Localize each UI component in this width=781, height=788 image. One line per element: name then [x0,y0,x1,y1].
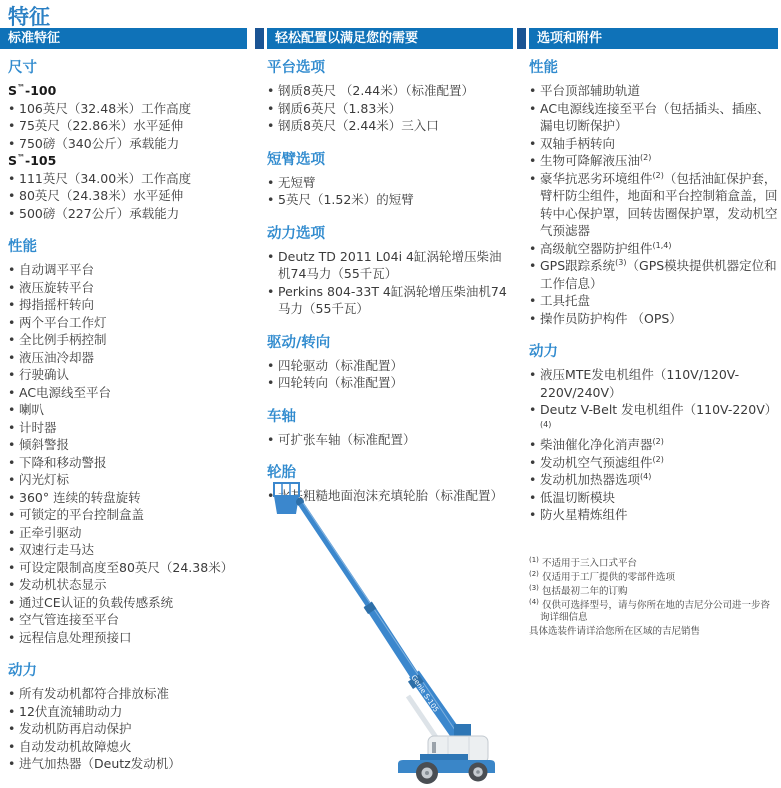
feature-item: •液压MTE发电机组件（110V/120V-220V/240V） [529,366,778,401]
footnote: 具体选装件请详洽您所在区域的吉尼销售 [529,626,778,639]
feature-item: •平台顶部辅助轨道 [529,82,778,100]
feature-item: •进气加热器（Deutz发动机） [8,755,247,773]
item-text: 两个平台工作灯 [19,314,247,332]
item-text: 5英尺（1.52米）的短臂 [278,191,513,209]
bullet-icon: • [8,629,19,647]
column-options-accessories: 性能•平台顶部辅助轨道•AC电源线连接至平台（包括插头、插座、漏电切断保护）•双… [529,51,778,640]
item-text: 液压MTE发电机组件（110V/120V-220V/240V） [540,366,778,401]
spec-sheet-page: 特征 标准特征 轻松配置以满足您的需要 选项和附件 尺寸S™-100•106英尺… [0,0,781,788]
feature-item: •全比例手柄控制 [8,331,247,349]
item-text: Deutz TD 2011 L04i 4缸涡轮增压柴油机74马力（55千瓦） [278,248,513,283]
feature-item: •AC电源线至平台 [8,384,247,402]
bullet-icon: • [8,471,19,489]
feature-item: •两个平台工作灯 [8,314,247,332]
item-text: 360° 连续的转盘旋转 [19,489,247,507]
item-text: 防火星精炼组件 [540,506,778,524]
item-text: 钢质6英尺（1.83米） [278,100,513,118]
feature-item: •防火星精炼组件 [529,506,778,524]
footnote-marker: (1,4) [653,240,672,249]
column-standard-features: 尺寸S™-100•106英尺（32.48米）工作高度•75英尺（22.86米）水… [8,51,247,773]
footnote-marker: (2) [529,569,539,577]
feature-item: •正牵引驱动 [8,524,247,542]
bullet-icon: • [529,152,540,170]
bullet-icon: • [529,489,540,507]
bullet-icon: • [529,436,540,454]
section-title: 驱动/转向 [267,331,513,352]
feature-item: •行驶确认 [8,366,247,384]
column-header-configure-options: 轻松配置以满足您的需要 [255,28,513,49]
feature-item: •拇指摇杆转向 [8,296,247,314]
bullet-icon: • [529,257,540,292]
bullet-icon: • [8,541,19,559]
feature-item: •AC电源线连接至平台（包括插头、插座、漏电切断保护） [529,100,778,135]
column-header-label: 轻松配置以满足您的需要 [267,28,513,49]
item-text: 106英尺（32.48米）工作高度 [19,100,247,118]
item-text: 倾斜警报 [19,436,247,454]
item-text: 发动机防再启动保护 [19,720,247,738]
footnote-marker: (2) [653,437,664,446]
page-title: 特征 [8,1,50,31]
bullet-icon: • [8,187,19,205]
feature-item: •500磅（227公斤）承载能力 [8,205,247,223]
model-subtitle: S™-105 [8,152,247,170]
item-text: 高级航空器防护组件(1,4) [540,240,778,258]
feature-item: •工具托盘 [529,292,778,310]
bullet-icon: • [529,240,540,258]
feature-item: •闪光灯标 [8,471,247,489]
footnote-marker: (2) [640,153,651,162]
item-text: 工具托盘 [540,292,778,310]
item-text: 低温切断模块 [540,489,778,507]
feature-item: •所有发动机都符合排放标准 [8,685,247,703]
boom-lift-image: Genie S-105 [262,472,512,788]
item-text: 喇叭 [19,401,247,419]
bullet-icon: • [8,559,19,577]
item-text: 自动发动机故障熄火 [19,738,247,756]
item-text: 生物可降解液压油(2) [540,152,778,170]
item-text: 钢质8英尺 （2.44米）（标准配置） [278,82,513,100]
item-text: 远程信息处理预接口 [19,629,247,647]
column-header-standard-features: 标准特征 [0,28,247,49]
item-text: Perkins 804-33T 4缸涡轮增压柴油机74马力（55千瓦） [278,283,513,318]
item-text: 柴油催化净化消声器(2) [540,436,778,454]
bullet-icon: • [8,261,19,279]
column-body: 性能•平台顶部辅助轨道•AC电源线连接至平台（包括插头、插座、漏电切断保护）•双… [529,56,778,639]
item-text: 进气加热器（Deutz发动机） [19,755,247,773]
item-text: 四轮转向（标准配置） [278,374,513,392]
bullet-icon: • [529,506,540,524]
item-text: 发动机空气预滤组件(2) [540,454,778,472]
bullet-icon: • [267,100,278,118]
item-text: 无短臂 [278,174,513,192]
footnote-marker: (1) [529,555,539,563]
feature-item: •5英尺（1.52米）的短臂 [267,191,513,209]
item-text: 下降和移动警报 [19,454,247,472]
header-stripe [255,28,264,49]
item-text: 液压旋转平台 [19,279,247,297]
bullet-icon: • [8,279,19,297]
footnote-marker: (4) [540,419,551,428]
feature-item: •Deutz V-Belt 发电机组件（110V-220V） (4) [529,401,778,436]
feature-item: •12伏直流辅助动力 [8,703,247,721]
footnote-marker: (4) [529,597,539,605]
item-text: 自动调平平台 [19,261,247,279]
item-text: 计时器 [19,419,247,437]
feature-item: •四轮驱动（标准配置） [267,357,513,375]
item-text: 双速行走马达 [19,541,247,559]
feature-item: •豪华抗恶劣环境组件(2)（包括油缸保护套，臂杆防尘组件，地面和平台控制箱盒盖，… [529,170,778,240]
feature-item: •计时器 [8,419,247,437]
item-text: 可扩张车轴（标准配置） [278,431,513,449]
item-text: 80英尺（24.38米）水平延伸 [19,187,247,205]
feature-item: •111英尺（34.00米）工作高度 [8,170,247,188]
bullet-icon: • [529,310,540,328]
item-text: 通过CE认证的负载传感系统 [19,594,247,612]
footnote-marker: ™ [17,153,25,162]
item-text: 操作员防护构件 （OPS） [540,310,778,328]
column-body: 尺寸S™-100•106英尺（32.48米）工作高度•75英尺（22.86米）水… [8,56,247,773]
feature-item: •自动发动机故障熄火 [8,738,247,756]
item-text: 750磅（340公斤）承载能力 [19,135,247,153]
footnote-marker: (3) [615,258,626,267]
bullet-icon: • [529,292,540,310]
feature-item: •80英尺（24.38米）水平延伸 [8,187,247,205]
bullet-icon: • [8,366,19,384]
section-title: 性能 [8,235,247,256]
bullet-icon: • [529,366,540,401]
item-text: AC电源线至平台 [19,384,247,402]
section-title: 性能 [529,56,778,77]
feature-item: •发动机加热器选项(4) [529,471,778,489]
footnote-marker: ™ [17,83,25,92]
feature-item: •自动调平平台 [8,261,247,279]
item-text: 正牵引驱动 [19,524,247,542]
bullet-icon: • [8,205,19,223]
feature-item: •可锁定的平台控制盒盖 [8,506,247,524]
bullet-icon: • [529,401,540,436]
section-title: 动力 [8,659,247,680]
bullet-icon: • [267,357,278,375]
bullet-icon: • [8,738,19,756]
feature-item: •空气管连接至平台 [8,611,247,629]
item-text: 四轮驱动（标准配置） [278,357,513,375]
column-header-options-accessories: 选项和附件 [517,28,778,49]
wheel-front-icon [416,762,438,784]
bullet-icon: • [8,135,19,153]
feature-item: •液压旋转平台 [8,279,247,297]
bullet-icon: • [529,82,540,100]
bullet-icon: • [8,454,19,472]
item-text: 拇指摇杆转向 [19,296,247,314]
bullet-icon: • [8,685,19,703]
footnotes: (1) 不适用于三入口式平台(2) 仅适用于工厂提供的零部件选项(3) 包括最初… [529,558,778,639]
feature-item: •倾斜警报 [8,436,247,454]
wheel-rear-icon [469,763,488,782]
bullet-icon: • [529,471,540,489]
column-configure-options: 平台选项•钢质8英尺 （2.44米）（标准配置）•钢质6英尺（1.83米）•钢质… [267,51,513,505]
feature-item: •操作员防护构件 （OPS） [529,310,778,328]
item-text: 500磅（227公斤）承载能力 [19,205,247,223]
item-text: GPS跟踪系统(3)（GPS模块提供机器定位和工作信息） [540,257,778,292]
feature-item: •高级航空器防护组件(1,4) [529,240,778,258]
bullet-icon: • [8,489,19,507]
item-text: 111英尺（34.00米）工作高度 [19,170,247,188]
bullet-icon: • [267,82,278,100]
bullet-icon: • [8,576,19,594]
feature-item: •远程信息处理预接口 [8,629,247,647]
footnote-marker: (2) [653,454,664,463]
bullet-icon: • [8,170,19,188]
item-text: 液压油冷却器 [19,349,247,367]
bullet-icon: • [267,191,278,209]
feature-item: •106英尺（32.48米）工作高度 [8,100,247,118]
footnote-marker: (4) [640,472,651,481]
footnote-marker: (3) [529,583,539,591]
feature-item: •双速行走马达 [8,541,247,559]
feature-item: •低温切断模块 [529,489,778,507]
feature-item: •液压油冷却器 [8,349,247,367]
section-title: 动力 [529,340,778,361]
section-title: 平台选项 [267,56,513,77]
feature-item: •钢质8英尺（2.44米）三入口 [267,117,513,135]
bullet-icon: • [529,170,540,240]
bullet-icon: • [8,331,19,349]
feature-item: •生物可降解液压油(2) [529,152,778,170]
bullet-icon: • [8,314,19,332]
bullet-icon: • [267,431,278,449]
section-title: 短臂选项 [267,148,513,169]
column-header-label: 选项和附件 [529,28,778,49]
feature-item: •可扩张车轴（标准配置） [267,431,513,449]
bullet-icon: • [8,594,19,612]
item-text: 12伏直流辅助动力 [19,703,247,721]
item-text: 75英尺（22.86米）水平延伸 [19,117,247,135]
bullet-icon: • [8,703,19,721]
feature-item: •钢质6英尺（1.83米） [267,100,513,118]
section-title: 动力选项 [267,222,513,243]
bullet-icon: • [8,611,19,629]
item-text: Deutz V-Belt 发电机组件（110V-220V） (4) [540,401,778,436]
feature-item: •通过CE认证的负载传感系统 [8,594,247,612]
feature-item: •钢质8英尺 （2.44米）（标准配置） [267,82,513,100]
bullet-icon: • [8,436,19,454]
bullet-icon: • [8,401,19,419]
item-text: 所有发动机都符合排放标准 [19,685,247,703]
item-text: 豪华抗恶劣环境组件(2)（包括油缸保护套，臂杆防尘组件，地面和平台控制箱盒盖，回… [540,170,778,240]
footnote-marker: (2) [653,170,664,179]
bullet-icon: • [529,454,540,472]
item-text: 可锁定的平台控制盒盖 [19,506,247,524]
item-text: 可设定限制高度至80英尺（24.38米） [19,559,247,577]
feature-item: •750磅（340公斤）承载能力 [8,135,247,153]
feature-item: •75英尺（22.86米）水平延伸 [8,117,247,135]
bullet-icon: • [8,296,19,314]
item-text: 发动机状态显示 [19,576,247,594]
footnote: (2) 仅适用于工厂提供的零部件选项 [529,572,778,585]
bullet-icon: • [8,524,19,542]
bullet-icon: • [267,174,278,192]
footnote: (3) 包括最初二年的订购 [529,586,778,599]
bullet-icon: • [8,419,19,437]
feature-item: •发动机防再启动保护 [8,720,247,738]
item-text: 行驶确认 [19,366,247,384]
feature-item: •发动机状态显示 [8,576,247,594]
footnote: (4) 仅供可选择型号，请与你所在地的吉尼分公司进一步咨询详细信息 [529,600,778,625]
column-header-label: 标准特征 [0,28,247,49]
header-stripe [517,28,526,49]
footnote: (1) 不适用于三入口式平台 [529,558,778,571]
column-body: 平台选项•钢质8英尺 （2.44米）（标准配置）•钢质6英尺（1.83米）•钢质… [267,56,513,505]
bullet-icon: • [267,248,278,283]
bullet-icon: • [8,384,19,402]
section-title: 车轴 [267,405,513,426]
feature-item: •柴油催化净化消声器(2) [529,436,778,454]
bullet-icon: • [529,100,540,135]
model-subtitle: S™-100 [8,82,247,100]
feature-item: •双轴手柄转向 [529,135,778,153]
feature-item: •可设定限制高度至80英尺（24.38米） [8,559,247,577]
item-text: 闪光灯标 [19,471,247,489]
item-text: AC电源线连接至平台（包括插头、插座、漏电切断保护） [540,100,778,135]
item-text: 发动机加热器选项(4) [540,471,778,489]
bullet-icon: • [267,283,278,318]
feature-item: •Perkins 804-33T 4缸涡轮增压柴油机74马力（55千瓦） [267,283,513,318]
feature-item: •发动机空气预滤组件(2) [529,454,778,472]
bullet-icon: • [267,117,278,135]
feature-item: •四轮转向（标准配置） [267,374,513,392]
feature-item: •喇叭 [8,401,247,419]
bullet-icon: • [8,720,19,738]
item-text: 全比例手柄控制 [19,331,247,349]
feature-item: •下降和移动警报 [8,454,247,472]
item-text: 钢质8英尺（2.44米）三入口 [278,117,513,135]
bullet-icon: • [8,349,19,367]
bullet-icon: • [8,117,19,135]
bullet-icon: • [8,506,19,524]
feature-item: •无短臂 [267,174,513,192]
item-text: 双轴手柄转向 [540,135,778,153]
item-text: 空气管连接至平台 [19,611,247,629]
feature-item: •GPS跟踪系统(3)（GPS模块提供机器定位和工作信息） [529,257,778,292]
feature-item: •360° 连续的转盘旋转 [8,489,247,507]
bullet-icon: • [8,100,19,118]
item-text: 平台顶部辅助轨道 [540,82,778,100]
section-title: 尺寸 [8,56,247,77]
bullet-icon: • [529,135,540,153]
platform-basket-icon [274,483,304,514]
feature-item: •Deutz TD 2011 L04i 4缸涡轮增压柴油机74马力（55千瓦） [267,248,513,283]
bullet-icon: • [8,755,19,773]
bullet-icon: • [267,374,278,392]
